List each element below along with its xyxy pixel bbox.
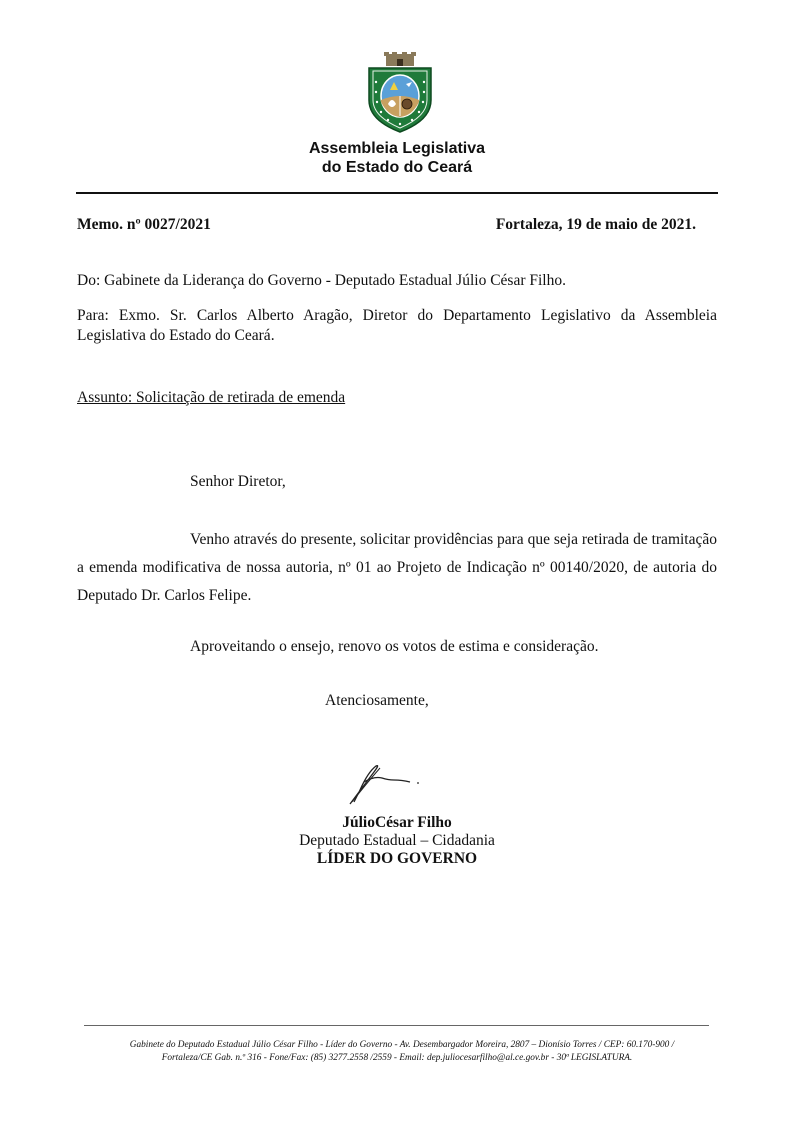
signer-name: JúlioCésar Filho xyxy=(0,813,794,833)
body-paragraph: Venho através do presente, solicitar pro… xyxy=(77,526,717,610)
header-divider xyxy=(76,192,718,194)
closing-paragraph: Aproveitando o ensejo, renovo os votos d… xyxy=(190,637,598,657)
memo-date: Fortaleza, 19 de maio de 2021. xyxy=(496,215,696,235)
recipient-line: Para: Exmo. Sr. Carlos Alberto Aragão, D… xyxy=(77,306,717,346)
organization-subtitle: do Estado do Ceará xyxy=(0,159,794,177)
organization-name: Assembleia Legislativa xyxy=(0,140,794,158)
footer-divider xyxy=(84,1025,709,1026)
footer-address-line: Gabinete do Deputado Estadual Júlio Césa… xyxy=(0,1040,794,1050)
sign-off: Atenciosamente, xyxy=(325,691,429,711)
state-coat-of-arms-icon xyxy=(366,52,434,134)
salutation: Senhor Diretor, xyxy=(190,472,286,492)
sender-line: Do: Gabinete da Liderança do Governo - D… xyxy=(77,271,566,291)
signer-title: LÍDER DO GOVERNO xyxy=(0,849,794,869)
subject-line: Assunto: Solicitação de retirada de emen… xyxy=(77,388,345,408)
memo-number: Memo. nº 0027/2021 xyxy=(77,215,211,235)
signer-role: Deputado Estadual – Cidadania xyxy=(0,831,794,851)
handwritten-signature-icon xyxy=(340,758,430,808)
footer-contact-line: Fortaleza/CE Gab. n.º 316 - Fone/Fax: (8… xyxy=(0,1053,794,1063)
